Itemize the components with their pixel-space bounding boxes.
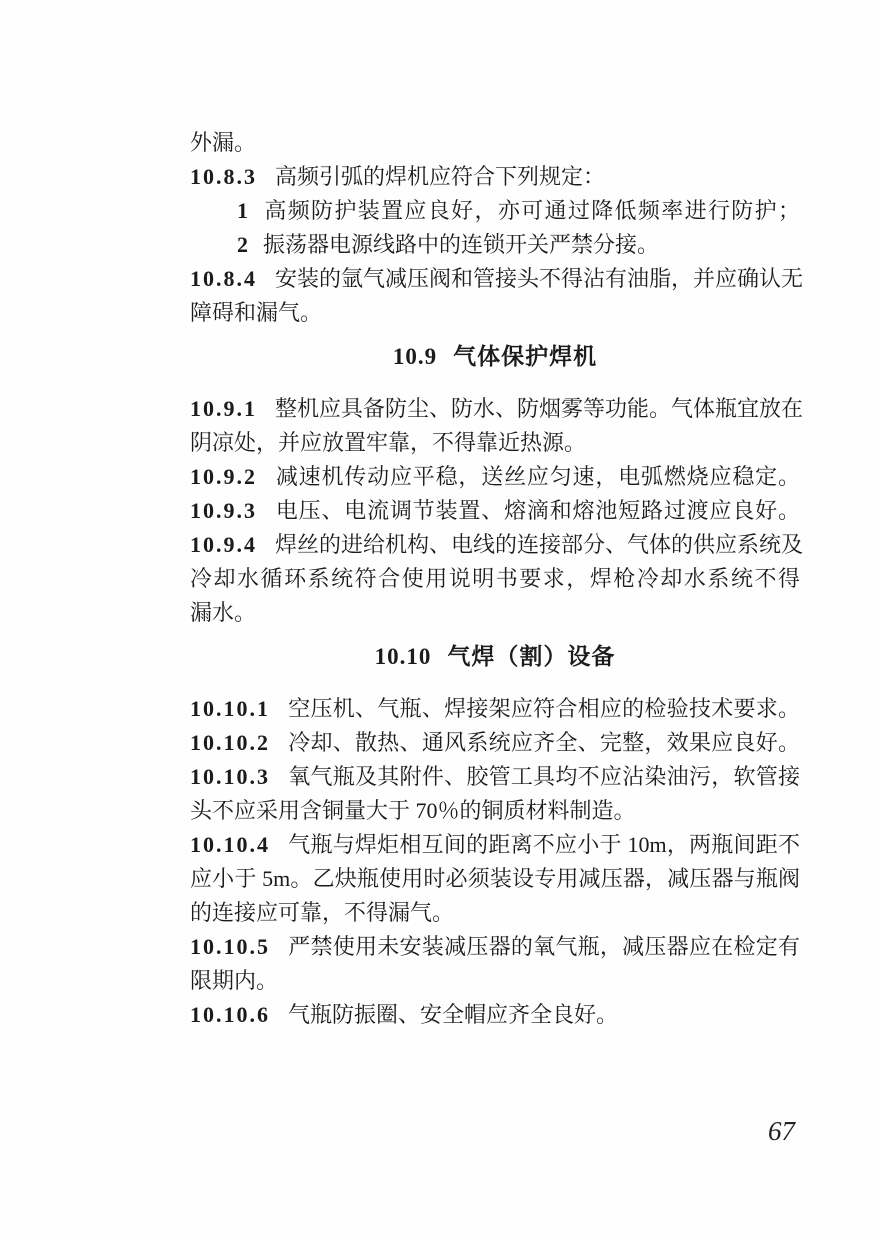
line-text: 漏水。 [190, 600, 256, 625]
line-text: 严禁使用未安装减压器的氧气瓶，减压器应在检定有 [288, 934, 800, 959]
line-text: 冷却水循环系统符合使用说明书要求，焊枪冷却水系统不得 [190, 566, 800, 591]
heading-number: 10.10 [375, 644, 432, 669]
clause-number: 10.10.6 [190, 1002, 270, 1027]
clause-number: 2 [237, 232, 248, 257]
clause-10.8.4: 10.8.4安装的氩气减压阀和管接头不得沾有油脂，并应确认无 [190, 262, 800, 296]
line-text: 障碍和漏气。 [190, 300, 322, 325]
section-heading-10.9: 10.9气体保护焊机 [190, 339, 800, 374]
heading-title: 气焊（割）设备 [447, 643, 615, 669]
line-text: 限期内。 [190, 968, 278, 993]
clause-number: 10.10.5 [190, 934, 270, 959]
clause-number: 10.8.3 [190, 164, 257, 189]
continuation-line: 限期内。 [190, 964, 800, 998]
clause-10.9.2: 10.9.2减速机传动应平稳，送丝应匀速，电弧燃烧应稳定。 [190, 460, 800, 494]
clause-10.10.5: 10.10.5严禁使用未安装减压器的氧气瓶，减压器应在检定有 [190, 930, 800, 964]
line-text: 高频引弧的焊机应符合下列规定： [275, 164, 605, 189]
clause-number: 10.9.2 [190, 464, 257, 489]
clause-10.10.2: 10.10.2冷却、散热、通风系统应齐全、完整，效果应良好。 [190, 726, 800, 760]
continuation-line: 冷却水循环系统符合使用说明书要求，焊枪冷却水系统不得 [190, 562, 800, 596]
line-text: 减速机传动应平稳，送丝应匀速，电弧燃烧应稳定。 [275, 464, 800, 489]
line-text: 外漏。 [190, 130, 256, 155]
clause-10.10.6: 10.10.6气瓶防振圈、安全帽应齐全良好。 [190, 998, 800, 1032]
clause-number: 10.8.4 [190, 266, 257, 291]
clause-number: 1 [237, 198, 248, 223]
subitem-2: 2振荡器电源线路中的连锁开关严禁分接。 [190, 228, 800, 262]
subitem-1: 1高频防护装置应良好，亦可通过降低频率进行防护； [190, 194, 800, 228]
clause-10.9.4: 10.9.4焊丝的进给机构、电线的连接部分、气体的供应系统及 [190, 528, 800, 562]
clause-number: 10.10.3 [190, 764, 270, 789]
clause-number: 10.9.4 [190, 532, 257, 557]
continuation-line: 阴凉处，并应放置牢靠，不得靠近热源。 [190, 426, 800, 460]
document-page: 外漏。10.8.3高频引弧的焊机应符合下列规定：1高频防护装置应良好，亦可通过降… [0, 0, 878, 1241]
clause-10.10.3: 10.10.3氧气瓶及其附件、胶管工具均不应沾染油污，软管接 [190, 760, 800, 794]
heading-number: 10.9 [393, 344, 437, 369]
line-text: 电压、电流调节装置、熔滴和熔池短路过渡应良好。 [275, 498, 800, 523]
line-text: 空压机、气瓶、焊接架应符合相应的检验技术要求。 [288, 696, 800, 721]
clause-10.10.1: 10.10.1空压机、气瓶、焊接架应符合相应的检验技术要求。 [190, 692, 800, 726]
line-text: 头不应采用含铜量大于 70％的铜质材料制造。 [190, 798, 636, 823]
continuation-line: 障碍和漏气。 [190, 296, 800, 330]
line-text: 的连接应可靠，不得漏气。 [190, 900, 454, 925]
clause-10.9.1: 10.9.1整机应具备防尘、防水、防烟雾等功能。气体瓶宜放在 [190, 392, 800, 426]
heading-title: 气体保护焊机 [453, 343, 597, 369]
clause-number: 10.10.2 [190, 730, 270, 755]
line-text: 应小于 5m。乙炔瓶使用时必须装设专用减压器，减压器与瓶阀 [190, 866, 800, 891]
line-text: 整机应具备防尘、防水、防烟雾等功能。气体瓶宜放在 [275, 396, 803, 421]
clause-number: 10.10.4 [190, 832, 270, 857]
continuation-line: 的连接应可靠，不得漏气。 [190, 896, 800, 930]
continuation-line: 外漏。 [190, 126, 800, 160]
clause-10.8.3: 10.8.3高频引弧的焊机应符合下列规定： [190, 160, 800, 194]
line-text: 气瓶与焊炬相互间的距离不应小于 10m，两瓶间距不 [288, 832, 800, 857]
line-text: 气瓶防振圈、安全帽应齐全良好。 [288, 1002, 618, 1027]
continuation-line: 应小于 5m。乙炔瓶使用时必须装设专用减压器，减压器与瓶阀 [190, 862, 800, 896]
clause-number: 10.9.1 [190, 396, 257, 421]
line-text: 振荡器电源线路中的连锁开关严禁分接。 [263, 232, 659, 257]
line-text: 高频防护装置应良好，亦可通过降低频率进行防护； [263, 198, 800, 223]
clause-number: 10.10.1 [190, 696, 270, 721]
line-text: 阴凉处，并应放置牢靠，不得靠近热源。 [190, 430, 586, 455]
continuation-line: 漏水。 [190, 596, 800, 630]
clause-10.9.3: 10.9.3电压、电流调节装置、熔滴和熔池短路过渡应良好。 [190, 494, 800, 528]
document-body: 外漏。10.8.3高频引弧的焊机应符合下列规定：1高频防护装置应良好，亦可通过降… [190, 126, 800, 1032]
continuation-line: 头不应采用含铜量大于 70％的铜质材料制造。 [190, 794, 800, 828]
page-number: 67 [768, 1116, 795, 1147]
section-heading-10.10: 10.10气焊（割）设备 [190, 639, 800, 674]
clause-10.10.4: 10.10.4气瓶与焊炬相互间的距离不应小于 10m，两瓶间距不 [190, 828, 800, 862]
line-text: 冷却、散热、通风系统应齐全、完整，效果应良好。 [288, 730, 800, 755]
line-text: 安装的氩气减压阀和管接头不得沾有油脂，并应确认无 [275, 266, 803, 291]
clause-number: 10.9.3 [190, 498, 257, 523]
line-text: 氧气瓶及其附件、胶管工具均不应沾染油污，软管接 [288, 764, 800, 789]
line-text: 焊丝的进给机构、电线的连接部分、气体的供应系统及 [275, 532, 803, 557]
